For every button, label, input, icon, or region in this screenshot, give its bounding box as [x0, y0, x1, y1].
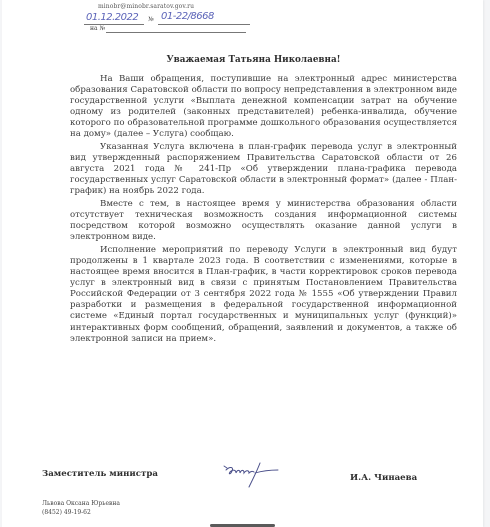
letter-body: На Ваши обращения, поступившие на электр…: [70, 74, 457, 345]
signer-position: Заместитель министра: [42, 469, 158, 479]
letter-page: minobr@minobr.saratov.gov.ru 01.12.2022 …: [2, 0, 483, 527]
executor-name: Львова Оксана Юрьевна: [42, 500, 120, 509]
number-label: №: [148, 16, 154, 23]
reply-underline: [106, 32, 246, 33]
executor-contact: Львова Оксана Юрьевна (8452) 49-19-62: [42, 500, 120, 517]
sender-email: minobr@minobr.saratov.gov.ru: [98, 3, 194, 10]
body-paragraph: Вместе с тем, в настоящее время у минист…: [70, 199, 457, 243]
signature-icon: [222, 461, 282, 489]
executor-phone: (8452) 49-19-62: [42, 509, 120, 518]
registration-number: 01-22/8668: [161, 11, 214, 22]
registration-date: 01.12.2022: [86, 12, 138, 23]
reply-label: на №: [90, 25, 105, 32]
body-paragraph: Исполнение мероприятий по переводу Услуг…: [70, 245, 457, 345]
signer-name: И.А. Чинаева: [350, 473, 417, 483]
body-paragraph: На Ваши обращения, поступившие на электр…: [70, 74, 457, 141]
body-paragraph: Указанная Услуга включена в план-график …: [70, 142, 457, 197]
reply-reference-row: на №: [90, 25, 250, 35]
salutation: Уважаемая Татьяна Николаевна!: [2, 55, 483, 65]
document-viewer: minobr@minobr.saratov.gov.ru 01.12.2022 …: [0, 0, 490, 527]
